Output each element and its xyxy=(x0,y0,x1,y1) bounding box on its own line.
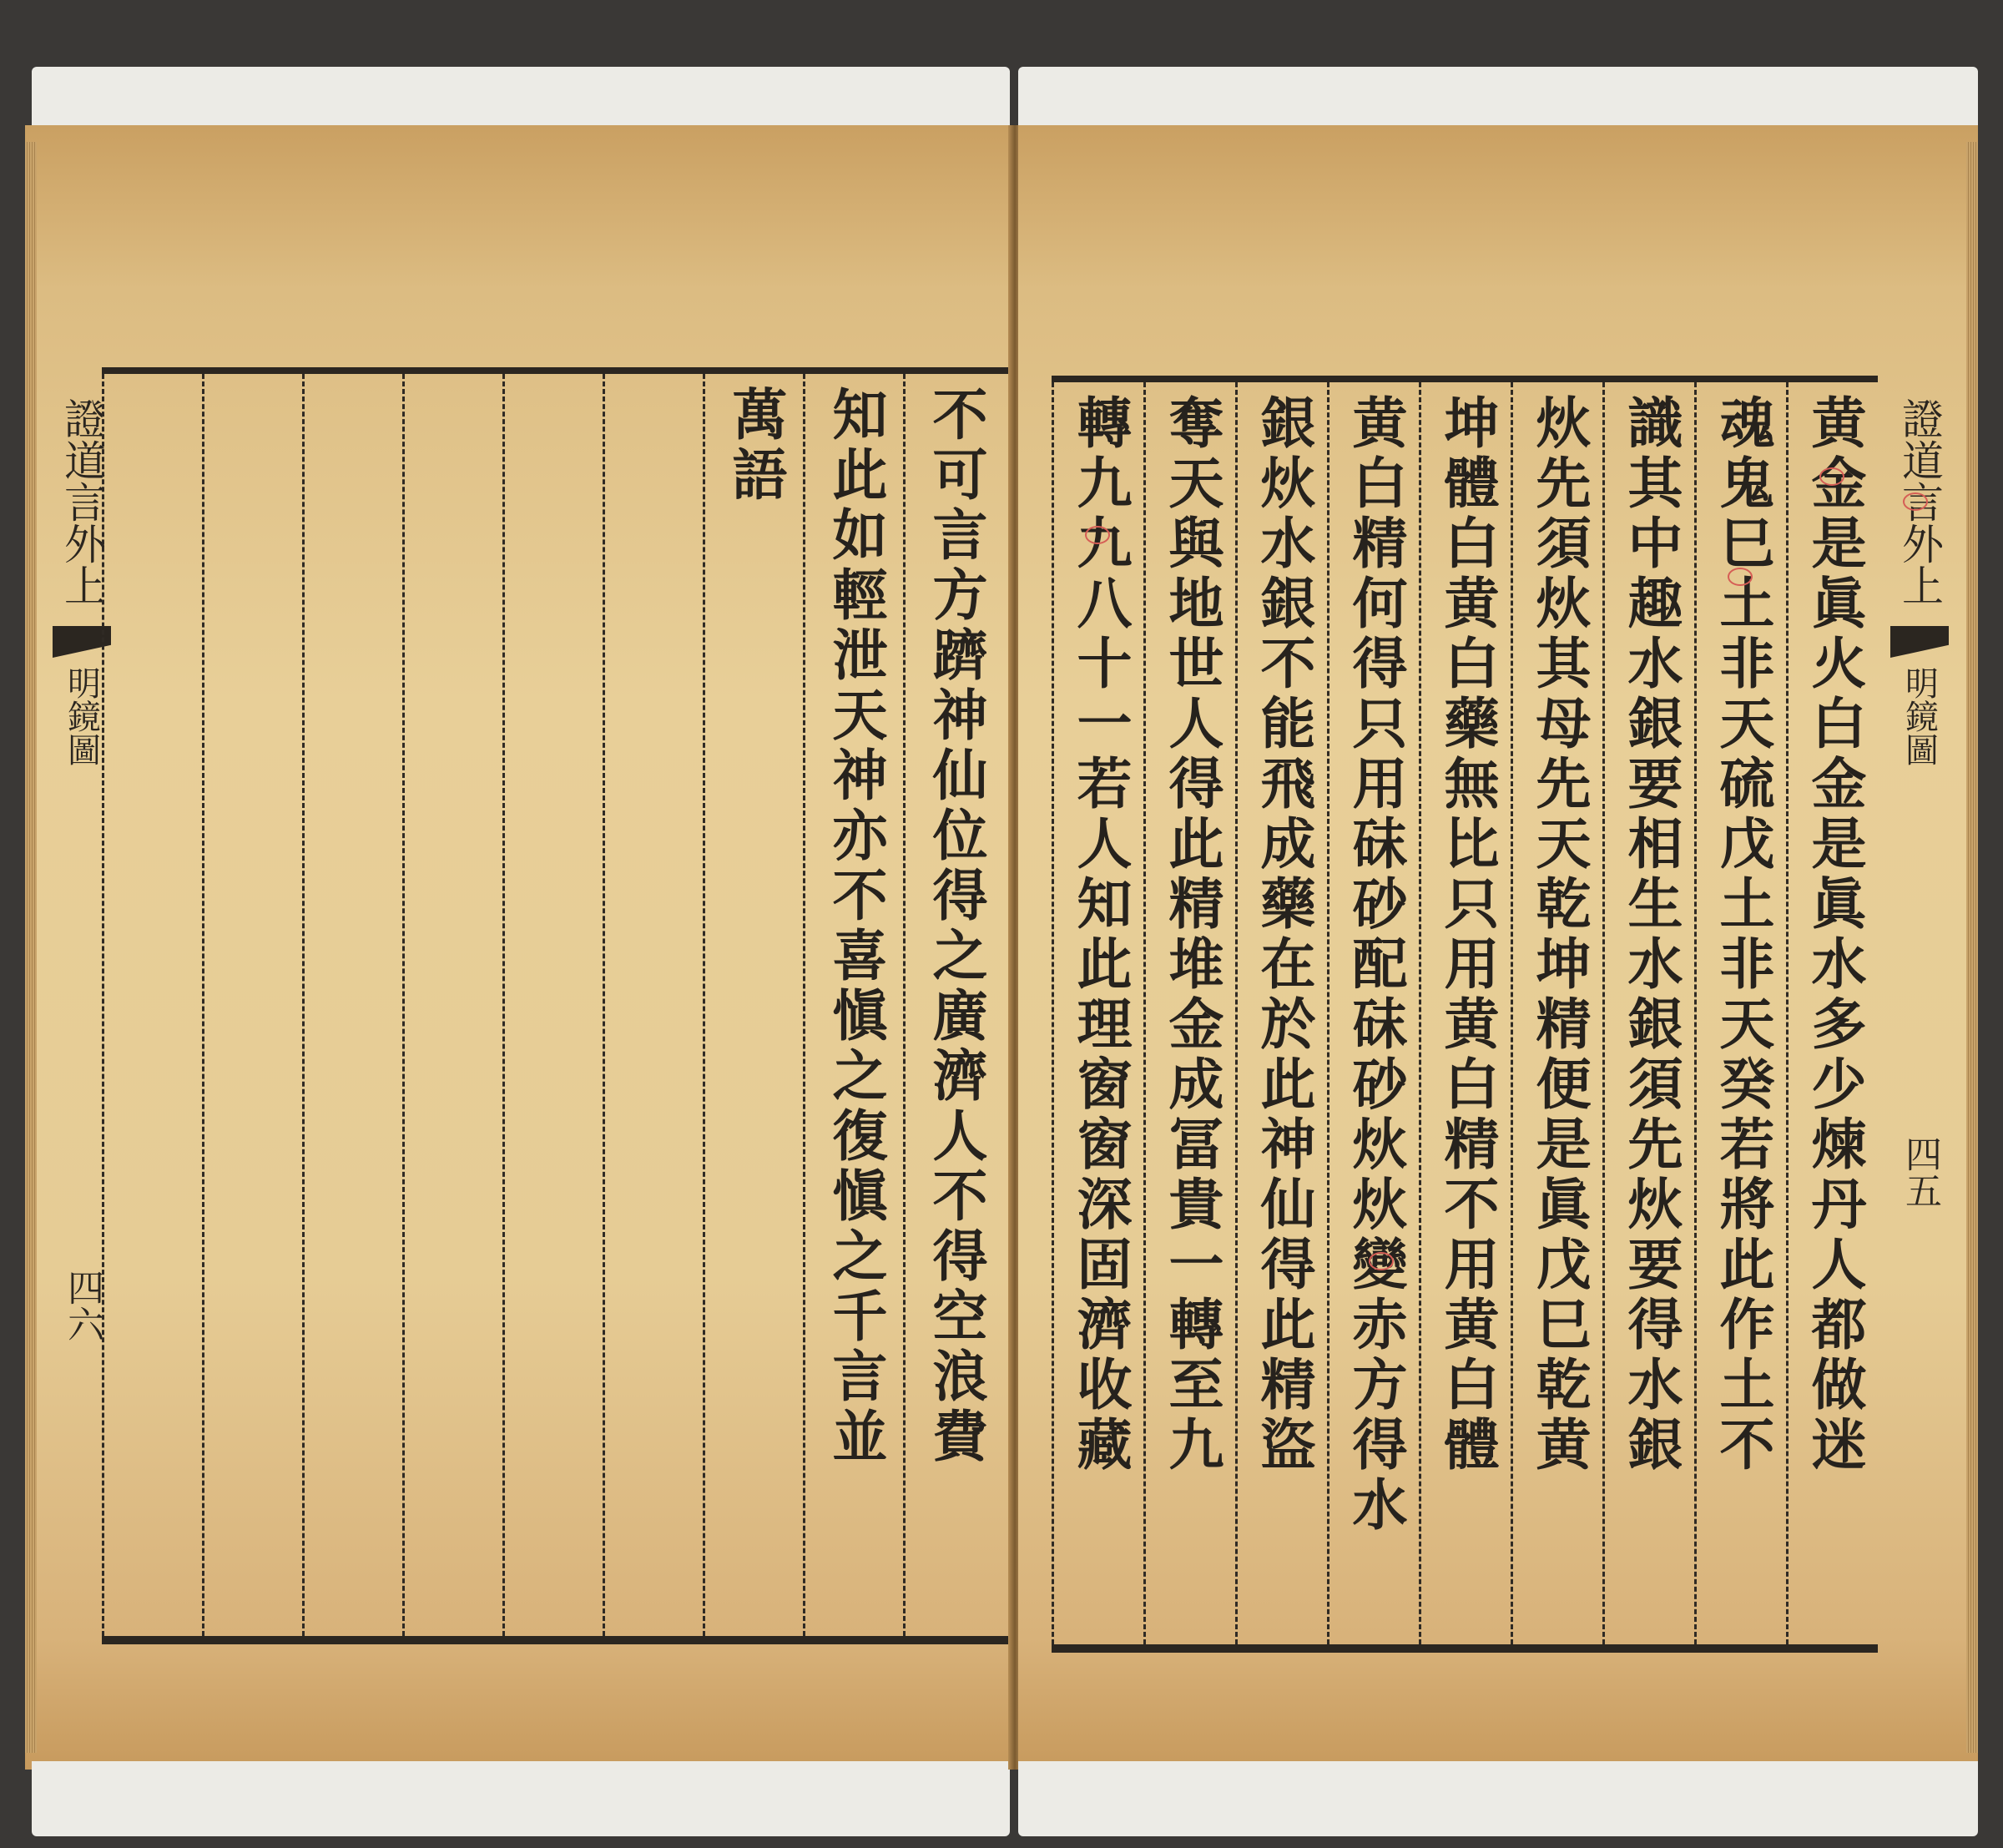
left-bottom-blank-margin xyxy=(32,1761,1010,1836)
left-column-7 xyxy=(302,374,405,1636)
red-punctuation-mark xyxy=(1728,568,1753,586)
left-page: 證道言外上 明鏡圖 四六 萬語 知此如輕泄天神亦不喜愼之復愼之千言並 不可言方躋… xyxy=(25,17,1010,1836)
right-page: 轉九九八十一若人知此理窗窗深固濟收藏 奪天與地世人得此精堆金成冨貴一轉至九 銀炏… xyxy=(1018,17,1978,1836)
right-text-frame: 轉九九八十一若人知此理窗窗深固濟收藏 奪天與地世人得此精堆金成冨貴一轉至九 銀炏… xyxy=(1052,376,1878,1653)
right-bottom-blank-margin xyxy=(1018,1761,1978,1836)
right-page-edges xyxy=(1966,142,1978,1753)
left-column-2: 知此如輕泄天神亦不喜愼之復愼之千言並 xyxy=(803,374,906,1636)
open-book: 證道言外上 明鏡圖 四六 萬語 知此如輕泄天神亦不喜愼之復愼之千言並 不可言方躋… xyxy=(25,17,1978,1836)
left-column-3: 萬語 xyxy=(703,374,805,1636)
left-column-1: 不可言方躋神仙位得之廣濟人不得空浪費 xyxy=(903,374,1006,1636)
red-punctuation-mark xyxy=(1903,492,1928,511)
right-column-7: 銀炏水銀不能飛成藥在於此神仙得此精盜 xyxy=(1235,382,1329,1644)
right-column-8: 奪天與地世人得此精堆金成冨貴一轉至九 xyxy=(1143,382,1238,1644)
fish-tail-mark xyxy=(1890,626,1949,658)
right-column-5: 坤體白黄白藥無比只用黄白精不用黄白體 xyxy=(1419,382,1513,1644)
right-fold-margin: 證道言外上 明鏡圖 四五 xyxy=(1886,384,1953,1644)
left-fold-subtitle: 明鏡圖 xyxy=(58,666,106,766)
red-punctuation-mark xyxy=(1819,467,1844,486)
red-punctuation-mark xyxy=(1085,526,1110,544)
red-punctuation-mark xyxy=(1369,1252,1394,1270)
left-column-4 xyxy=(603,374,705,1636)
left-text-frame: 萬語 知此如輕泄天神亦不喜愼之復愼之千言並 不可言方躋神仙位得之廣濟人不得空浪費 xyxy=(102,367,1010,1644)
left-page-edges xyxy=(25,142,37,1753)
right-page-number: 四五 xyxy=(1893,1135,1946,1209)
left-page-number: 四六 xyxy=(55,1269,108,1342)
right-column-4: 炏先須炏其母先天乾坤精便是眞戊巳乾黄 xyxy=(1511,382,1605,1644)
right-column-3: 識其中趣水銀要相生水銀須先炏要得水銀 xyxy=(1602,382,1697,1644)
right-column-9: 轉九九八十一若人知此理窗窗深固濟收藏 xyxy=(1052,382,1146,1644)
right-fold-subtitle: 明鏡圖 xyxy=(1896,666,1944,766)
right-column-6: 黄白精何得只用砞砂配砞砂炏炏變赤方得水 xyxy=(1327,382,1421,1644)
left-column-5 xyxy=(502,374,605,1636)
left-column-9 xyxy=(102,374,204,1636)
right-column-1: 黄金是眞火白金是眞水多少煉丹人都做迷 xyxy=(1786,382,1880,1644)
left-column-6 xyxy=(402,374,505,1636)
left-column-8 xyxy=(202,374,305,1636)
